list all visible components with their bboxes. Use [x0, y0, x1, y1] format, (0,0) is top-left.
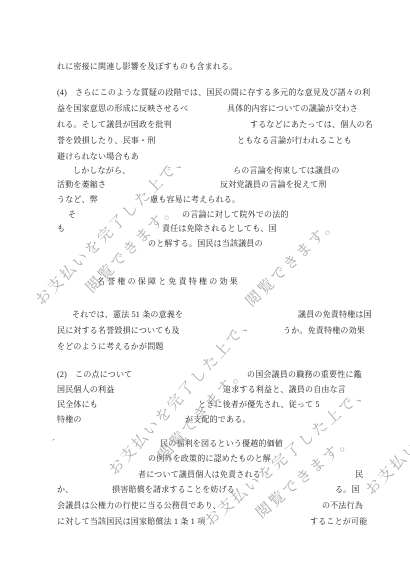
- text-line: その言論に対して院外での法的: [0, 209, 410, 221]
- text-line: 活動を萎縮さ反対党議員の言論を捉えて刑: [0, 179, 410, 191]
- text-line: も責任は免除されるとしても、国: [0, 223, 410, 235]
- text-segment: 損害賠償を請求することを妨げる: [112, 484, 235, 495]
- text-segment: 益を国家意思の形成に反映させるべ: [57, 103, 188, 114]
- text-line: 民に対する名誉毀損についても及うか。免責特権の効果: [0, 325, 410, 337]
- text-segment: それでは、憲法 51 条の意義を: [72, 309, 183, 320]
- text-line: れる。そして議員が国政を批判するなどにあたっては、個人の名: [0, 119, 410, 131]
- text-segment: に対して当該国民は国家賠償法 1 条 1 項: [57, 516, 205, 527]
- text-segment: 民全体にも: [57, 399, 98, 410]
- text-segment: ときに後者が優先され、従って 5: [198, 399, 320, 410]
- text-segment: するなどにあたっては、個人の名: [250, 119, 373, 130]
- text-line: 誉を毀損したり、民事・刑ともなる言論が行われることも: [0, 135, 410, 147]
- text-segment: 避けられない場合もあ: [57, 151, 139, 162]
- text-segment: 民: [355, 469, 363, 480]
- text-segment: の国会議員の職務の重要性に鑑: [247, 369, 362, 380]
- text-segment: しかしながら、: [73, 165, 130, 176]
- text-segment: 国民個人の利益: [57, 384, 114, 395]
- text-line: か、損害賠償を請求することを妨げるる。国: [0, 484, 410, 496]
- text-line: (4) さらにこのような質疑の段階では、国民の間に存する多元的な意見及び諸々の利: [0, 87, 410, 99]
- text-segment: をどのように考えるかが問題: [57, 341, 164, 352]
- section-heading: 名誉権の保障と免責特権の効果: [0, 276, 410, 288]
- text-segment: れる。そして議員が国政を批判: [57, 119, 172, 130]
- text-segment: 民の福利を図るという優越的価値: [160, 438, 283, 449]
- text-line: 者について議員個人は免責される民: [0, 469, 410, 481]
- text-segment: 反対党議員の言論を捉えて刑: [220, 179, 327, 190]
- text-segment: することが可能: [310, 516, 367, 527]
- document-page: れに密接に関連し影響を及ぼすものも含まれる。(4) さらにこのような質疑の段階で…: [0, 0, 410, 580]
- text-line: に対して当該国民は国家賠償法 1 条 1 項することが可能: [0, 516, 410, 528]
- text-segment: 追求する利益と、議員の自由な言: [223, 384, 346, 395]
- text-segment: のと解する。国民は当該議員の: [148, 238, 263, 249]
- text-line: 会議員は公権力の行使に当る公務員であり、の不法行為: [0, 500, 410, 512]
- text-segment: れに密接に関連し影響を及ぼすものも含まれる。: [57, 61, 237, 72]
- text-segment: か、: [57, 484, 73, 495]
- text-line: しかしながら、らの言論を拘束しては議員の: [0, 165, 410, 177]
- text-segment: の言論に対して院外での法的: [182, 209, 289, 220]
- text-line: 益を国家意思の形成に反映させるべ具体的内容についての議論が交わさ: [0, 103, 410, 115]
- text-line: それでは、憲法 51 条の意義を議員の免責特権は国: [0, 309, 410, 321]
- text-segment: 名誉権の保障と免責特権の効果: [97, 276, 240, 287]
- text-line: うなど、弊慮も容易に考えられる。: [0, 194, 410, 206]
- text-segment: ともなる言論が行われることも: [237, 135, 352, 146]
- text-segment: る。国: [335, 484, 360, 495]
- text-segment: の例外を政策的に認めたものと解: [148, 453, 271, 464]
- text-line: 避けられない場合もあ: [0, 151, 410, 163]
- text-line: 特権のが支配的である。: [0, 414, 410, 426]
- text-segment: 会議員は公権力の行使に当る公務員であり、: [57, 500, 221, 511]
- text-line: のと解する。国民は当該議員の: [0, 238, 410, 250]
- text-segment: 責任は免除されるとしても、国: [162, 223, 277, 234]
- text-line: の例外を政策的に認めたものと解: [0, 453, 410, 465]
- text-segment: の不法行為: [322, 500, 363, 511]
- text-segment: らの言論を拘束しては議員の: [233, 165, 340, 176]
- text-segment: 者について議員個人は免責される: [138, 469, 261, 480]
- text-segment: うなど、弊: [57, 194, 98, 205]
- text-line: 民全体にもときに後者が優先され、従って 5: [0, 399, 410, 411]
- text-segment: 議員の免責特権は国: [298, 309, 372, 320]
- text-segment: (2) この点について: [57, 369, 132, 380]
- text-segment: も: [57, 223, 65, 234]
- text-segment: 慮も容易に考えられる。: [150, 194, 240, 205]
- text-segment: うか。免責特権の効果: [283, 325, 365, 336]
- text-line: れに密接に関連し影響を及ぼすものも含まれる。: [0, 61, 410, 73]
- text-segment: そ: [68, 209, 76, 220]
- text-segment: ´: [52, 438, 55, 447]
- text-segment: 活動を萎縮さ: [57, 179, 106, 190]
- text-segment: 具体的内容についての議論が交わさ: [227, 103, 358, 114]
- text-segment: 特権の: [57, 414, 82, 425]
- text-line: 国民個人の利益追求する利益と、議員の自由な言: [0, 384, 410, 396]
- text-segment: が支配的である。: [185, 414, 251, 425]
- text-line: ´民の福利を図るという優越的価値: [0, 438, 410, 450]
- text-line: をどのように考えるかが問題: [0, 341, 410, 353]
- text-segment: (4) さらにこのような質疑の段階では、国民の間に存する多元的な意見及び諸々の利: [57, 87, 370, 98]
- text-line: (2) この点についての国会議員の職務の重要性に鑑: [0, 369, 410, 381]
- text-segment: 民に対する名誉毀損についても及: [57, 325, 180, 336]
- text-segment: 誉を毀損したり、民事・刑: [57, 135, 155, 146]
